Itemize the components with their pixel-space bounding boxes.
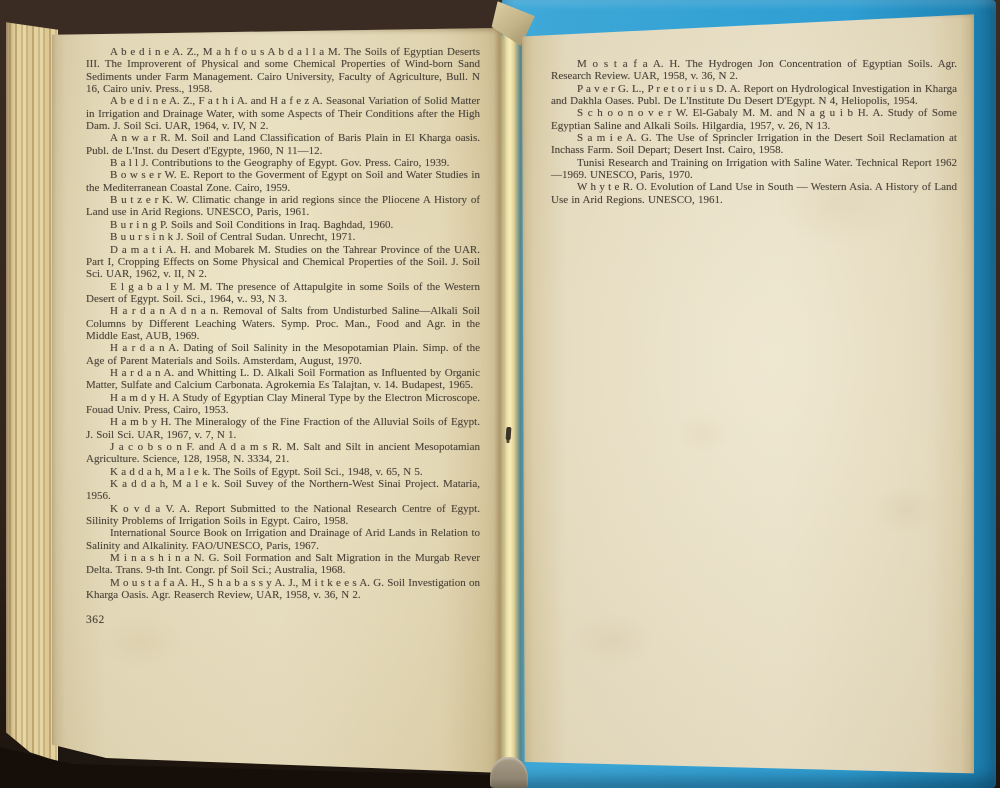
bibliography-entry: A b e d i n e A. Z., F a t h i A. and H …	[86, 95, 480, 132]
left-page: A b e d i n e A. Z., M a h f o u s A b d…	[52, 28, 504, 776]
bibliography-entry: K a d d a h, M a l e k. Soil Suvey of th…	[86, 478, 480, 503]
bibliography-left: A b e d i n e A. Z., M a h f o u s A b d…	[86, 46, 480, 627]
bibliography-entry: B u u r s i n k J. Soil of Central Sudan…	[86, 231, 480, 243]
bibliography-entry: P a v e r G. L., P r e t o r i u s D. A.…	[551, 83, 957, 108]
right-page: M o s t a f a A. H. The Hydrogen Jon Con…	[522, 12, 974, 778]
bibliography-entry: B a l l J. Contributions to the Geograph…	[86, 157, 480, 169]
bibliography-entry: H a m d y H. A Study of Egyptian Clay Mi…	[86, 392, 480, 417]
bibliography-entry: J a c o b s o n F. and A d a m s R. M. S…	[86, 441, 480, 466]
bibliography-entry: A n w a r R. M. Soil and Land Classifica…	[86, 132, 480, 157]
bibliography-entry: H a r d a n A. Dating of Soil Salinity i…	[86, 342, 480, 367]
bibliography-entry: B o w s e r W. E. Report to the Govermen…	[86, 169, 480, 194]
page-number: 362	[86, 614, 480, 626]
bibliography-entry: M i n a s h i n a N. G. Soil Formation a…	[86, 552, 480, 577]
bibliography-entry: K a d d a h, M a l e k. The Soils of Egy…	[86, 466, 480, 478]
bibliography-entry: H a m b y H. The Mineralogy of the Fine …	[86, 416, 480, 441]
binding-stitch	[506, 427, 512, 440]
left-page-edges	[6, 10, 58, 772]
bibliography-entry: B u t z e r K. W. Climatic change in ari…	[86, 194, 480, 219]
bibliography-entry: Tunisi Research and Training on Irrigati…	[551, 157, 957, 182]
bibliography-entry: International Source Book on Irrigation …	[86, 527, 480, 552]
bibliography-entry: D a m a t i A. H. and Mobarek M. Studies…	[86, 244, 480, 281]
bibliography-entry: W h y t e R. O. Evolution of Land Use in…	[551, 181, 957, 206]
bibliography-entry: S c h o o n o v e r W. El-Gabaly M. M. a…	[551, 107, 957, 132]
bibliography-entry: H a r d a n A d n a n. Removal of Salts …	[86, 305, 480, 342]
bibliography-entry: B u r i n g P. Soils and Soil Conditions…	[86, 219, 480, 231]
bibliography-entry: M o u s t a f a A. H., S h a b a s s y A…	[86, 577, 480, 602]
bibliography-entry: H a r d a n A. and Whitting L. D. Alkali…	[86, 367, 480, 392]
bibliography-entry: K o v d a V. A. Report Submitted to the …	[86, 503, 480, 528]
bibliography-entry: E l g a b a l y M. M. The presence of At…	[86, 281, 480, 306]
book-spread: A b e d i n e A. Z., M a h f o u s A b d…	[0, 0, 1000, 788]
bibliography-entry: S a m i e A. G. The Use of Sprincler Irr…	[551, 132, 957, 157]
bibliography-right: M o s t a f a A. H. The Hydrogen Jon Con…	[551, 58, 957, 206]
book-gutter	[494, 26, 526, 778]
binding-tape	[490, 757, 528, 788]
bibliography-entry: M o s t a f a A. H. The Hydrogen Jon Con…	[551, 58, 957, 83]
bibliography-entry: A b e d i n e A. Z., M a h f o u s A b d…	[86, 46, 480, 95]
